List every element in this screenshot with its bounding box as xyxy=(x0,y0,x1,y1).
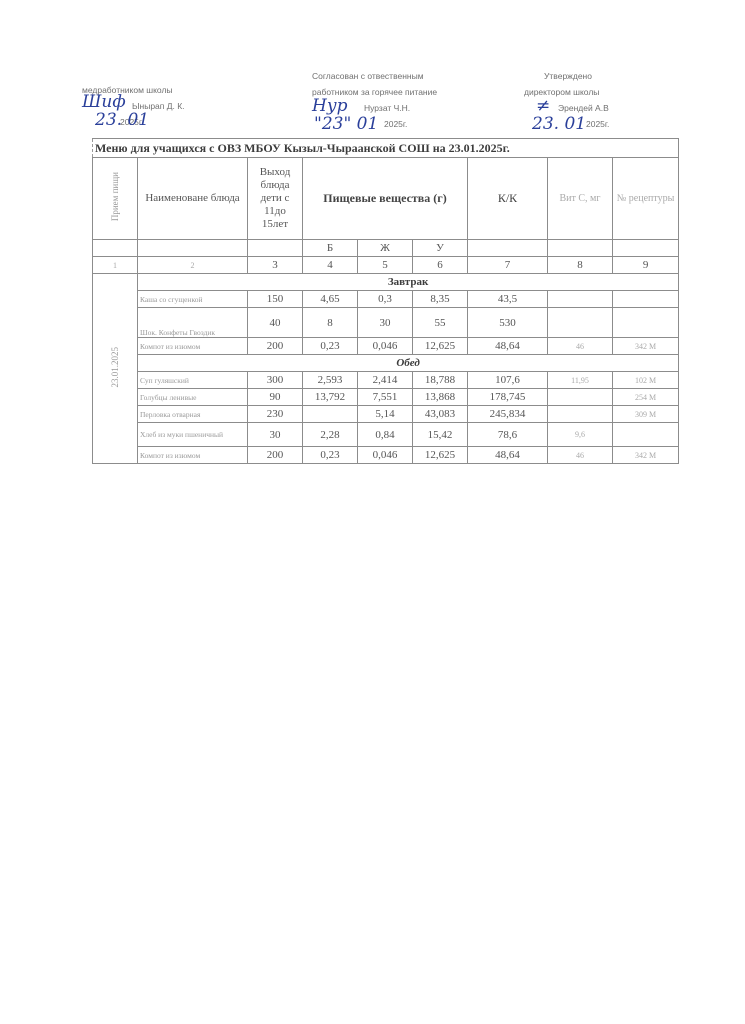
portion: 200 xyxy=(248,338,303,355)
dish-row: Перловка отварная2305,1443,083245,834309… xyxy=(93,406,679,423)
recipe-number: 254 М xyxy=(613,389,679,406)
column-number: 1 xyxy=(93,257,138,274)
fat: 0,3 xyxy=(358,291,413,308)
vitamin-c xyxy=(548,406,613,423)
handwritten-date-medical: 23. 01 xyxy=(95,110,149,130)
dish-name: Голубцы ленивые xyxy=(138,389,248,406)
header-dish-name: Наименоване блюда xyxy=(138,158,248,240)
protein: 8 xyxy=(303,308,358,338)
dish-row: Каша со сгущенкой1504,650,38,3543,5 xyxy=(93,291,679,308)
portion: 40 xyxy=(248,308,303,338)
vitamin-c xyxy=(548,308,613,338)
protein: 13,792 xyxy=(303,389,358,406)
dish-row: Голубцы ленивые9013,7927,55113,868178,74… xyxy=(93,389,679,406)
menu-table: Меню для учащихся с ОВЗ МБОУ Кызыл-Чыраа… xyxy=(92,138,679,464)
header-kcal: К/К xyxy=(468,158,548,240)
kcal: 43,5 xyxy=(468,291,548,308)
portion: 200 xyxy=(248,447,303,464)
dish-name: Каша со сгущенкой xyxy=(138,291,248,308)
header-recipe-no: № рецептуры xyxy=(613,158,679,240)
column-number: 7 xyxy=(468,257,548,274)
dish-name: Хлеб из муки пшеничный xyxy=(138,423,248,447)
dish-name: Компот из изюмом xyxy=(138,447,248,464)
handwritten-date-director: 23. 01 xyxy=(532,114,586,134)
dish-row: Компот из изюмом2000,230,04612,62548,644… xyxy=(93,338,679,355)
vitamin-c xyxy=(548,291,613,308)
kcal: 530 xyxy=(468,308,548,338)
dish-name: Шок. Конфеты Гвоздик xyxy=(138,308,248,338)
subheader-carbs: У xyxy=(413,240,468,257)
protein: 4,65 xyxy=(303,291,358,308)
vitamin-c: 46 xyxy=(548,447,613,464)
dish-row: Суп гуляшский3002,5932,41418,788107,611,… xyxy=(93,372,679,389)
carbs: 8,35 xyxy=(413,291,468,308)
recipe-number: 342 М xyxy=(613,447,679,464)
recipe-number xyxy=(613,308,679,338)
dish-row: Шок. Конфеты Гвоздик4083055530 xyxy=(93,308,679,338)
portion: 150 xyxy=(248,291,303,308)
kcal: 107,6 xyxy=(468,372,548,389)
carbs: 13,868 xyxy=(413,389,468,406)
subheader-fat: Ж xyxy=(358,240,413,257)
column-number: 8 xyxy=(548,257,613,274)
fat: 0,046 xyxy=(358,338,413,355)
recipe-number: 102 М xyxy=(613,372,679,389)
carbs: 12,625 xyxy=(413,338,468,355)
protein: 2,593 xyxy=(303,372,358,389)
dish-name: Компот из изюмом xyxy=(138,338,248,355)
portion: 30 xyxy=(248,423,303,447)
kcal: 78,6 xyxy=(468,423,548,447)
signature-director: ≠ xyxy=(536,96,550,116)
carbs: 55 xyxy=(413,308,468,338)
column-number: 6 xyxy=(413,257,468,274)
carbs: 43,083 xyxy=(413,406,468,423)
dish-row: Хлеб из муки пшеничный302,280,8415,4278,… xyxy=(93,423,679,447)
kcal: 48,64 xyxy=(468,447,548,464)
header-nutrients: Пищевые вещества (г) xyxy=(303,158,468,240)
signature-responsible: Нур xyxy=(312,96,348,116)
dish-row: Компот из изюмом2000,230,04612,62548,644… xyxy=(93,447,679,464)
kcal: 178,745 xyxy=(468,389,548,406)
protein xyxy=(303,406,358,423)
section-title: Обед xyxy=(138,355,679,372)
meal-date-cell: 23.01.2025 xyxy=(93,274,138,464)
protein: 0,23 xyxy=(303,447,358,464)
approval-director-line1: Утверждено xyxy=(522,68,609,84)
header-meal-time: Прием пищи xyxy=(93,158,138,240)
recipe-number xyxy=(613,291,679,308)
column-number: 4 xyxy=(303,257,358,274)
signature-medical: Шиф xyxy=(82,92,126,112)
menu-title: Меню для учащихся с ОВЗ МБОУ Кызыл-Чыраа… xyxy=(93,139,679,158)
column-number: 3 xyxy=(248,257,303,274)
recipe-number xyxy=(613,423,679,447)
portion: 300 xyxy=(248,372,303,389)
fat: 0,046 xyxy=(358,447,413,464)
header-portion: Выход блюда дети с 11до 15лет xyxy=(248,158,303,240)
carbs: 12,625 xyxy=(413,447,468,464)
kcal: 48,64 xyxy=(468,338,548,355)
fat: 0,84 xyxy=(358,423,413,447)
recipe-number: 309 М xyxy=(613,406,679,423)
fat: 30 xyxy=(358,308,413,338)
section-title: Завтрак xyxy=(138,274,679,291)
fat: 7,551 xyxy=(358,389,413,406)
portion: 90 xyxy=(248,389,303,406)
subheader-protein: Б xyxy=(303,240,358,257)
fat: 5,14 xyxy=(358,406,413,423)
vitamin-c: 9,6 xyxy=(548,423,613,447)
column-number-row: 123456789 xyxy=(93,257,679,274)
protein: 0,23 xyxy=(303,338,358,355)
column-number: 9 xyxy=(613,257,679,274)
portion: 230 xyxy=(248,406,303,423)
dish-name: Суп гуляшский xyxy=(138,372,248,389)
handwritten-date-responsible: "23" 01 xyxy=(314,114,378,134)
carbs: 18,788 xyxy=(413,372,468,389)
vitamin-c xyxy=(548,389,613,406)
vitamin-c: 11,95 xyxy=(548,372,613,389)
recipe-number: 342 М xyxy=(613,338,679,355)
protein: 2,28 xyxy=(303,423,358,447)
column-number: 2 xyxy=(138,257,248,274)
kcal: 245,834 xyxy=(468,406,548,423)
dish-name: Перловка отварная xyxy=(138,406,248,423)
vitamin-c: 46 xyxy=(548,338,613,355)
column-number: 5 xyxy=(358,257,413,274)
header-vit-c: Вит С, мг xyxy=(548,158,613,240)
approval-responsible-line1: Согласован с отвественным xyxy=(312,68,437,84)
carbs: 15,42 xyxy=(413,423,468,447)
fat: 2,414 xyxy=(358,372,413,389)
